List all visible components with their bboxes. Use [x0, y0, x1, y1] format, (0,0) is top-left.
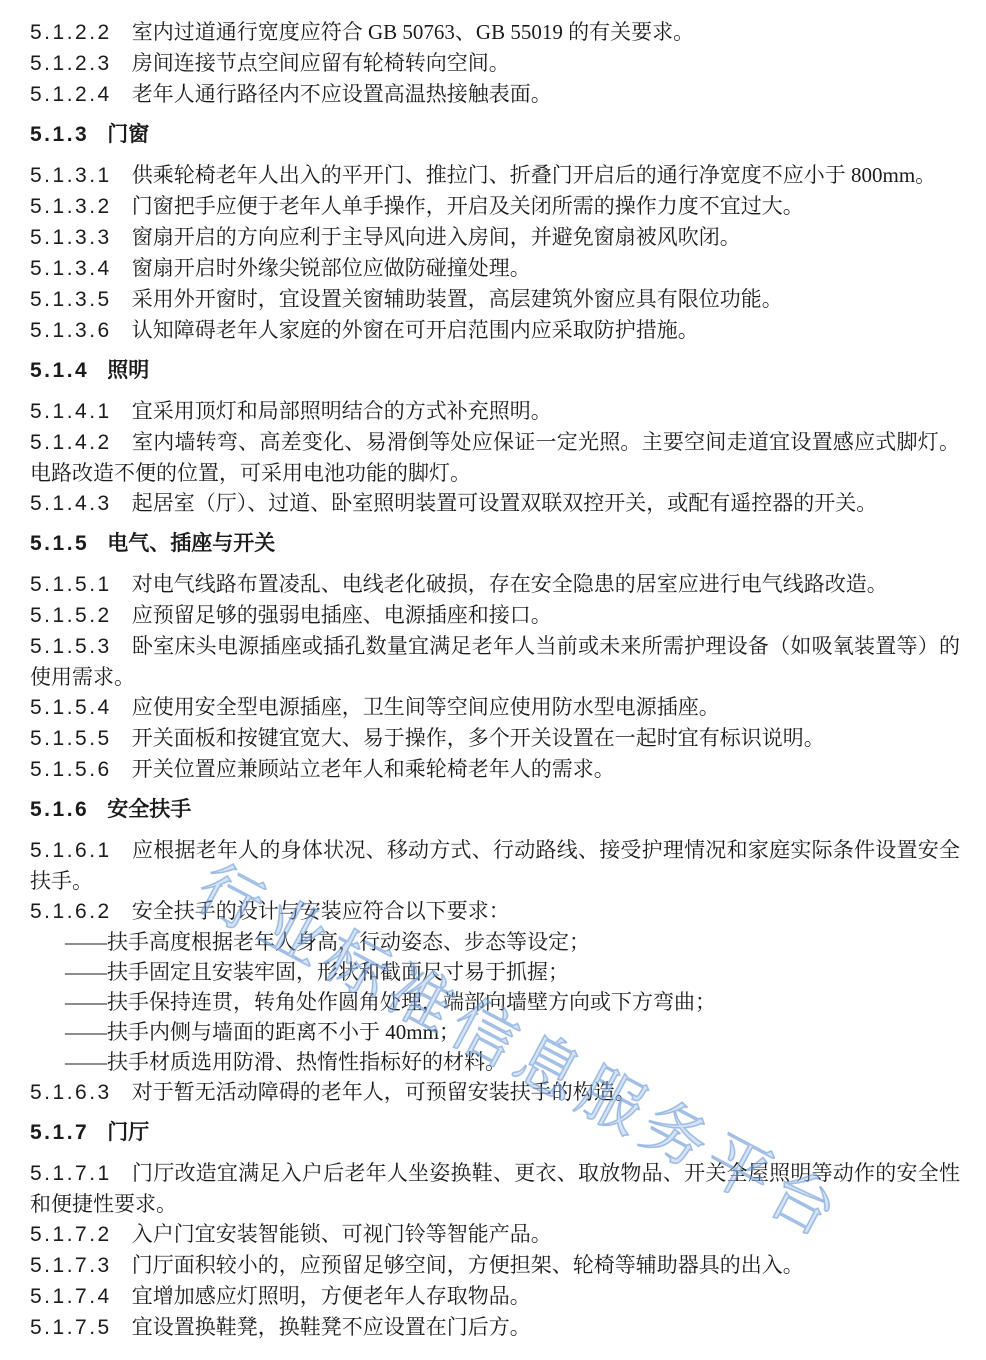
clause-text: 门厅改造宜满足入户后老年人坐姿换鞋、更衣、取放物品、开关全屋照明等动作的安全性和…: [30, 1161, 960, 1216]
clause-5.1.2.2: 5.1.2.2室内过道通行宽度应符合 GB 50763、GB 55019 的有关…: [30, 17, 960, 48]
clause-text: 开关面板和按键宜宽大、易于操作，多个开关设置在一起时宜有标识说明。: [132, 726, 825, 750]
dash-item: ——扶手材质选用防滑、热惰性指标好的材料。: [30, 1047, 960, 1077]
clause-5.1.7.4: 5.1.7.4宜增加感应灯照明，方便老年人存取物品。: [30, 1281, 960, 1312]
clause-number: 5.1.7.3: [30, 1254, 112, 1277]
clause-text: 认知障碍老年人家庭的外窗在可开启范围内应采取防护措施。: [132, 318, 699, 342]
clause-text: 门厅面积较小的，应预留足够空间，方便担架、轮椅等辅助器具的出入。: [132, 1253, 804, 1277]
clause-number: 5.1.2.3: [30, 52, 112, 75]
dash-item-text: ——扶手保持连贯，转角处作圆角处理，端部向墙壁方向或下方弯曲；: [65, 990, 716, 1014]
clause-text: 安全扶手的设计与安装应符合以下要求：: [132, 899, 510, 923]
clause-5.1.5.5: 5.1.5.5开关面板和按键宜宽大、易于操作，多个开关设置在一起时宜有标识说明。: [30, 723, 960, 754]
clause-number: 5.1.3.5: [30, 288, 112, 311]
clause-5.1.6.3: 5.1.6.3对于暂无活动障碍的老年人，可预留安装扶手的构造。: [30, 1077, 960, 1108]
dash-item-text: ——扶手内侧与墙面的距离不小于 40mm；: [65, 1020, 460, 1044]
clause-5.1.4.1: 5.1.4.1宜采用顶灯和局部照明结合的方式补充照明。: [30, 396, 960, 427]
clause-text: 入户门宜安装智能锁、可视门铃等智能产品。: [132, 1222, 552, 1246]
section-heading-5.1.4: 5.1.4照明: [30, 356, 960, 386]
dash-item-text: ——扶手固定且安装牢固，形状和截面尺寸易于抓握；: [65, 960, 569, 984]
clause-5.1.7.3: 5.1.7.3门厅面积较小的，应预留足够空间，方便担架、轮椅等辅助器具的出入。: [30, 1250, 960, 1281]
section-heading-5.1.3: 5.1.3门窗: [30, 120, 960, 150]
dash-item: ——扶手保持连贯，转角处作圆角处理，端部向墙壁方向或下方弯曲；: [30, 987, 960, 1017]
clause-text: 卧室床头电源插座或插孔数量宜满足老年人当前或未来所需护理设备（如吸氧装置等）的使…: [30, 634, 960, 689]
clause-5.1.7.1: 5.1.7.1门厅改造宜满足入户后老年人坐姿换鞋、更衣、取放物品、开关全屋照明等…: [30, 1158, 960, 1219]
dash-item-text: ——扶手高度根据老年人身高，行动姿态、步态等设定；: [65, 930, 590, 954]
heading-title: 门厅: [107, 1121, 149, 1144]
clause-5.1.5.1: 5.1.5.1对电气线路布置凌乱、电线老化破损，存在安全隐患的居室应进行电气线路…: [30, 569, 960, 600]
heading-number: 5.1.7: [30, 1121, 89, 1144]
clause-number: 5.1.7.4: [30, 1285, 112, 1308]
clause-text: 应使用安全型电源插座，卫生间等空间应使用防水型电源插座。: [132, 695, 720, 719]
heading-number: 5.1.3: [30, 123, 89, 146]
section-heading-5.1.5: 5.1.5电气、插座与开关: [30, 529, 960, 559]
clause-text: 室内过道通行宽度应符合 GB 50763、GB 55019 的有关要求。: [132, 20, 694, 44]
heading-number: 5.1.5: [30, 532, 89, 555]
heading-title: 安全扶手: [107, 798, 191, 821]
clause-text: 房间连接节点空间应留有轮椅转向空间。: [132, 51, 510, 75]
clause-number: 5.1.3.1: [30, 164, 112, 187]
dash-item: ——扶手内侧与墙面的距离不小于 40mm；: [30, 1017, 960, 1047]
clause-number: 5.1.2.4: [30, 83, 112, 106]
clause-text: 起居室（厅）、过道、卧室照明装置可设置双联双控开关，或配有遥控器的开关。: [132, 491, 878, 515]
clause-number: 5.1.5.1: [30, 573, 112, 596]
clause-text: 宜设置换鞋凳，换鞋凳不应设置在门后方。: [132, 1315, 531, 1339]
clause-number: 5.1.6.2: [30, 900, 112, 923]
heading-title: 电气、插座与开关: [107, 532, 275, 555]
heading-title: 照明: [107, 359, 149, 382]
clause-number: 5.1.6.3: [30, 1081, 112, 1104]
clause-5.1.3.2: 5.1.3.2门窗把手应便于老年人单手操作，开启及关闭所需的操作力度不宜过大。: [30, 191, 960, 222]
clause-5.1.6.1: 5.1.6.1应根据老年人的身体状况、移动方式、行动路线、接受护理情况和家庭实际…: [30, 835, 960, 896]
clause-text: 老年人通行路径内不应设置高温热接触表面。: [132, 82, 552, 106]
clause-5.1.3.1: 5.1.3.1供乘轮椅老年人出入的平开门、推拉门、折叠门开启后的通行净宽度不应小…: [30, 160, 960, 191]
clause-number: 5.1.4.1: [30, 400, 112, 423]
clause-5.1.3.4: 5.1.3.4窗扇开启时外缘尖锐部位应做防碰撞处理。: [30, 253, 960, 284]
clause-text: 宜采用顶灯和局部照明结合的方式补充照明。: [132, 399, 552, 423]
clause-number: 5.1.5.6: [30, 758, 112, 781]
clause-text: 供乘轮椅老年人出入的平开门、推拉门、折叠门开启后的通行净宽度不应小于 800mm…: [132, 163, 936, 187]
clause-number: 5.1.5.4: [30, 696, 112, 719]
clause-number: 5.1.5.2: [30, 604, 112, 627]
heading-title: 门窗: [107, 123, 149, 146]
clause-5.1.2.4: 5.1.2.4老年人通行路径内不应设置高温热接触表面。: [30, 79, 960, 110]
clause-text: 室内墙转弯、高差变化、易滑倒等处应保证一定光照。主要空间走道宜设置感应式脚灯。电…: [30, 430, 960, 485]
clause-5.1.5.4: 5.1.5.4应使用安全型电源插座，卫生间等空间应使用防水型电源插座。: [30, 692, 960, 723]
clause-text: 窗扇开启时外缘尖锐部位应做防碰撞处理。: [132, 256, 531, 280]
clause-5.1.7.2: 5.1.7.2入户门宜安装智能锁、可视门铃等智能产品。: [30, 1219, 960, 1250]
clause-number: 5.1.3.6: [30, 319, 112, 342]
clause-number: 5.1.7.1: [30, 1162, 112, 1185]
clause-5.1.3.6: 5.1.3.6认知障碍老年人家庭的外窗在可开启范围内应采取防护措施。: [30, 315, 960, 346]
clause-5.1.4.2: 5.1.4.2室内墙转弯、高差变化、易滑倒等处应保证一定光照。主要空间走道宜设置…: [30, 427, 960, 488]
clause-number: 5.1.7.5: [30, 1316, 112, 1339]
clause-text: 宜增加感应灯照明，方便老年人存取物品。: [132, 1284, 531, 1308]
document-content: 5.1.2.2室内过道通行宽度应符合 GB 50763、GB 55019 的有关…: [0, 0, 986, 1360]
clause-5.1.5.3: 5.1.5.3卧室床头电源插座或插孔数量宜满足老年人当前或未来所需护理设备（如吸…: [30, 631, 960, 692]
clause-text: 对电气线路布置凌乱、电线老化破损，存在安全隐患的居室应进行电气线路改造。: [132, 572, 888, 596]
clause-number: 5.1.5.5: [30, 727, 112, 750]
heading-number: 5.1.4: [30, 359, 89, 382]
clause-number: 5.1.6.1: [30, 839, 112, 862]
clause-5.1.3.3: 5.1.3.3窗扇开启的方向应利于主导风向进入房间，并避免窗扇被风吹闭。: [30, 222, 960, 253]
clause-5.1.7.5: 5.1.7.5宜设置换鞋凳，换鞋凳不应设置在门后方。: [30, 1312, 960, 1343]
clause-number: 5.1.5.3: [30, 635, 112, 658]
clause-5.1.2.3: 5.1.2.3房间连接节点空间应留有轮椅转向空间。: [30, 48, 960, 79]
clause-text: 门窗把手应便于老年人单手操作，开启及关闭所需的操作力度不宜过大。: [132, 194, 804, 218]
section-heading-5.1.7: 5.1.7门厅: [30, 1118, 960, 1148]
clause-text: 开关位置应兼顾站立老年人和乘轮椅老年人的需求。: [132, 757, 615, 781]
clause-number: 5.1.4.2: [30, 431, 112, 454]
dash-item: ——扶手高度根据老年人身高，行动姿态、步态等设定；: [30, 927, 960, 957]
clause-number: 5.1.3.4: [30, 257, 112, 280]
clause-5.1.3.5: 5.1.3.5采用外开窗时，宜设置关窗辅助装置，高层建筑外窗应具有限位功能。: [30, 284, 960, 315]
clause-text: 窗扇开启的方向应利于主导风向进入房间，并避免窗扇被风吹闭。: [132, 225, 741, 249]
clause-5.1.6.2: 5.1.6.2安全扶手的设计与安装应符合以下要求：: [30, 896, 960, 927]
clause-number: 5.1.4.3: [30, 492, 112, 515]
clause-text: 应预留足够的强弱电插座、电源插座和接口。: [132, 603, 552, 627]
clause-text: 采用外开窗时，宜设置关窗辅助装置，高层建筑外窗应具有限位功能。: [132, 287, 783, 311]
clause-number: 5.1.3.3: [30, 226, 112, 249]
clause-5.1.4.3: 5.1.4.3起居室（厅）、过道、卧室照明装置可设置双联双控开关，或配有遥控器的…: [30, 488, 960, 519]
dash-item-text: ——扶手材质选用防滑、热惰性指标好的材料。: [65, 1050, 506, 1074]
clause-text: 对于暂无活动障碍的老年人，可预留安装扶手的构造。: [132, 1080, 636, 1104]
standard-document-page: 5.1.2.2室内过道通行宽度应符合 GB 50763、GB 55019 的有关…: [0, 0, 986, 1360]
dash-item: ——扶手固定且安装牢固，形状和截面尺寸易于抓握；: [30, 957, 960, 987]
heading-number: 5.1.6: [30, 798, 89, 821]
clause-number: 5.1.3.2: [30, 195, 112, 218]
clause-5.1.5.6: 5.1.5.6开关位置应兼顾站立老年人和乘轮椅老年人的需求。: [30, 754, 960, 785]
clause-text: 应根据老年人的身体状况、移动方式、行动路线、接受护理情况和家庭实际条件设置安全扶…: [30, 838, 960, 893]
clause-number: 5.1.7.2: [30, 1223, 112, 1246]
section-heading-5.1.6: 5.1.6安全扶手: [30, 795, 960, 825]
clause-number: 5.1.2.2: [30, 21, 112, 44]
clause-5.1.5.2: 5.1.5.2应预留足够的强弱电插座、电源插座和接口。: [30, 600, 960, 631]
